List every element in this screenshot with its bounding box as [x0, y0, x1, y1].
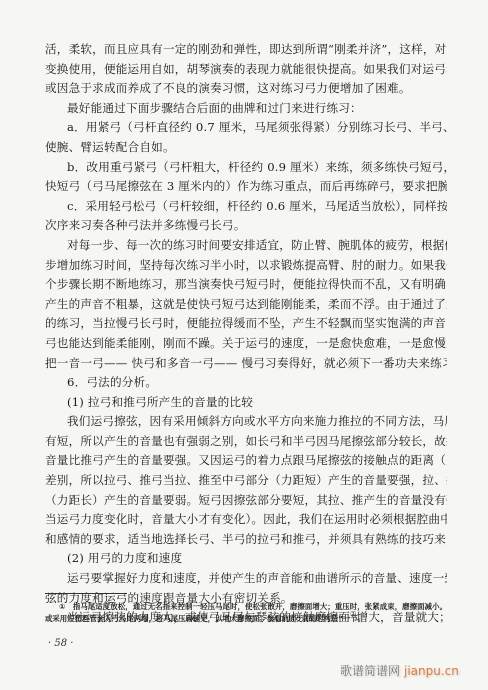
text-line: 差别，所以拉弓、推弓当拉、推至中弓部分（力距短）产生的音量要强，拉、推至弓尖部分 — [45, 471, 447, 491]
text-line: 次序来习奏各种弓法并多练慢弓长弓。 — [45, 216, 447, 236]
text-line: 产生的声音不粗暴，这就是使快弓短弓达到能刚能柔，柔而不浮。由于通过了运用轻弓松弓 — [45, 295, 447, 315]
footnote-line: ① 指马尾适度放松，通过无名指来控制一轻压马尾时，使松张散开，磨擦面增大；重压时… — [45, 601, 447, 613]
text-line: 使腕、臂运转配合自如。 — [45, 138, 447, 158]
text-line: (2) 用弓的力度和速度 — [45, 549, 447, 569]
text-line: 6．弓法的分析。 — [45, 373, 447, 393]
text-line: 把一音一弓—— 快弓和多音一弓—— 慢弓习奏得好，就必须下一番功夫来练习弓力。 — [45, 354, 447, 374]
text-line: a．用紧弓（弓杆直径约 0.7 厘米，马尾须张得紧）分别练习长弓、半弓、短弓和碎… — [45, 118, 447, 138]
page-body: 活，柔软，而且应具有一定的刚劲和弹性，即达到所谓“刚柔并济”，这样，对各种弓法的… — [45, 40, 447, 628]
text-line: 有短，所以产生的音量也有强弱之别，如长弓和半弓因马尾擦弦部分较长，故拉弓所产生的 — [45, 432, 447, 452]
text-line: 变换使用，便能运用自如，胡琴演奏的表现力就能很快提高。如果我们对运弓动腕没有注意… — [45, 60, 447, 80]
text-line: 音量比推弓产生的音量要强。又因运弓的着力点跟马尾擦弦的接触点的距离（力距）有长短 — [45, 451, 447, 471]
text-line: （力距长）产生的音量要弱。短弓因擦弦部分要短，其拉、推产生的音量没有强弱差别（只 — [45, 491, 447, 511]
text-line: 最好能通过下面步骤结合后面的曲牌和过门来进行练习： — [45, 99, 447, 119]
watermark: 歌谱简谱网jianpu.cn — [340, 662, 459, 679]
footnote: ① 指马尾适度放松，通过无名指来控制一轻压马尾时，使松张散开，磨擦面增大；重压时… — [45, 601, 447, 625]
text-line: 步增加练习时间，坚持每次练习半小时，以求锻炼提高臂、肘的耐力。如果我们能经过这三 — [45, 256, 447, 276]
text-line: 运弓要掌握好力度和速度，并使产生的声音能和曲谱所示的音量、速度一致，因运弓擦 — [45, 569, 447, 589]
watermark-latin: jianpu.cn — [404, 664, 459, 678]
text-line: 个步骤长期不断地练习，那当演奏快弓短弓时，便能拉得快而不乱，又有明确的节奏感，所 — [45, 275, 447, 295]
text-line: (1) 拉弓和推弓所产生的音量的比较 — [45, 393, 447, 413]
text-line: 或因急于求成而养成了不良的演奏习惯，这对练习弓力便增加了困难。 — [45, 79, 447, 99]
text-line: 活，柔软，而且应具有一定的刚劲和弹性，即达到所谓“刚柔并济”，这样，对各种弓法的 — [45, 40, 447, 60]
text-line: 当运弓力度变化时，音量大小才有变化）。因此，我们在运用时必须根据腔曲中节拍的强弱 — [45, 510, 447, 530]
text-line: 的练习，当拉慢弓长弓时，便能拉得缓而不坠，产生不轻飘而坚实饱满的声音，即使慢弓长 — [45, 314, 447, 334]
text-line: b．改用重弓紧弓（弓杆粗大，杆径约 0.9 厘米）来练，须多练快弓短弓，并把换弦… — [45, 158, 447, 178]
text-line: c．采用轻弓松弓（弓杆较细，杆径约 0.6 厘米，马尾适当放松），同样按照上述练… — [45, 197, 447, 217]
text-line: 快短弓（弓马尾擦弦在 3 厘米内的）作为练习重点，而后再练碎弓，要求把腕子练得灵… — [45, 177, 447, 197]
text-line: 弓也能达到能柔能刚，刚而不躁。关于运弓的速度，一是愈快愈难，一是愈慢愈难，所以要 — [45, 334, 447, 354]
text-line: 对每一步、每一次的练习时间要安排适宜，防止臂、腕肌体的疲劳，根据体力情况，逐 — [45, 236, 447, 256]
text-line: 和感情的要求，适当地选择长弓、半弓的拉弓和推弓，并须具有熟练的技巧来灵活地使用。 — [45, 530, 447, 550]
footnote-divider — [45, 593, 127, 594]
page-number: · 58 · — [48, 638, 73, 649]
text-line: 我们运弓擦弦，因有采用倾斜方向或水平方向来施力推拉的不同方法，马尾的拉动有长 — [45, 412, 447, 432]
footnote-line: 或采用短塑料管套入弓马尾两端，将马尾压扁铺平，以增大摩擦面。参看前面“京胡的构造… — [45, 613, 447, 625]
watermark-cn: 歌谱简谱网 — [340, 664, 400, 678]
